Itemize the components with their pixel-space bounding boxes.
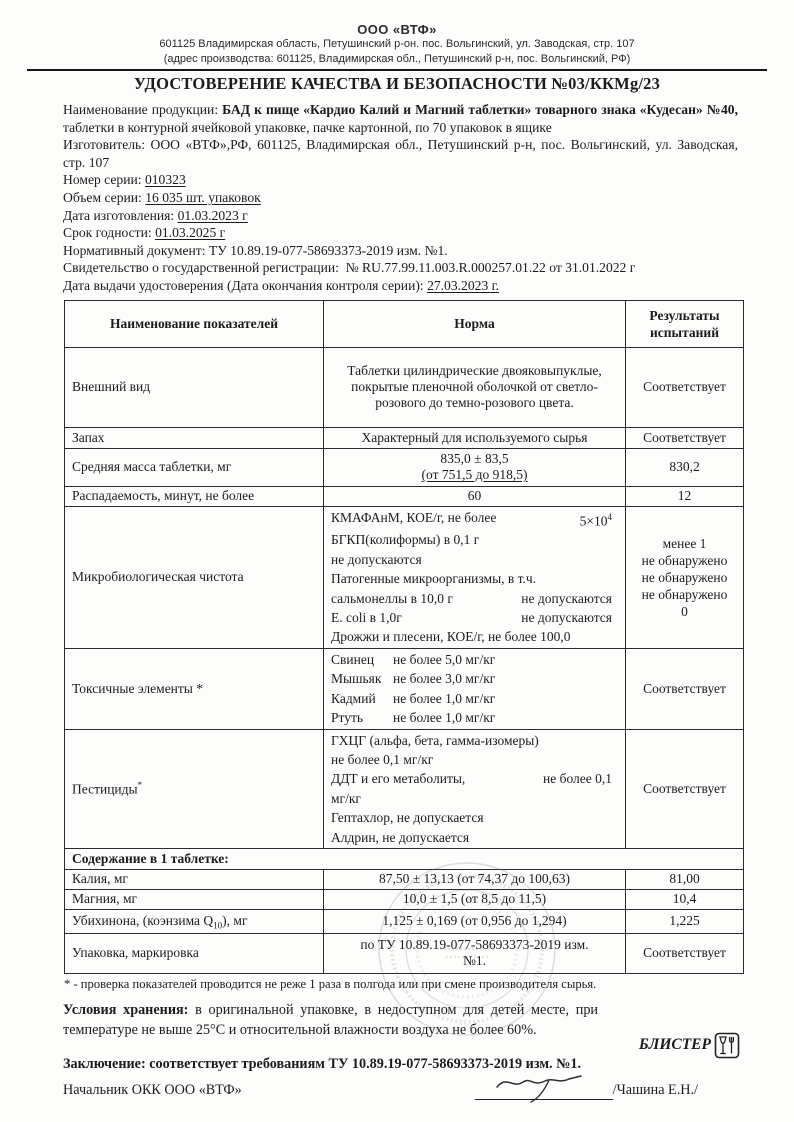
row-odor: Запах Характерный для используемого сырь… (65, 427, 744, 448)
signature-line (475, 1082, 613, 1100)
blister-label: БЛИСТЕР (639, 1035, 711, 1055)
company-name: ООО «ВТФ» (0, 22, 794, 37)
field-expiry-date: Срок годности: 01.03.2025 г (63, 224, 738, 242)
row-content-section-header: Содержание в 1 таблетке: (65, 848, 744, 869)
glass-fork-food-safe-icon (714, 1032, 740, 1059)
field-normative-document: Нормативный документ: ТУ 10.89.19-077-58… (63, 242, 738, 260)
signatory-name: /Чашина Е.Н./ (613, 1080, 698, 1100)
field-issue-date: Дата выдачи удостоверения (Дата окончани… (63, 277, 738, 295)
row-magnesium: Магния, мг 10,0 ± 1,5 (от 8,5 до 11,5) 1… (65, 889, 744, 909)
letterhead: ООО «ВТФ» 601125 Владимирская область, П… (0, 0, 794, 66)
row-ubiquinone: Убихинона, (коэнзима Q10), мг 1,125 ± 0,… (65, 909, 744, 933)
row-potassium: Калия, мг 87,50 ± 13,13 (от 74,37 до 100… (65, 869, 744, 889)
storage-conditions: Условия хранения: в оригинальной упаковк… (63, 1000, 598, 1040)
address-line-1: 601125 Владимирская область, Петушинский… (0, 37, 794, 52)
table-header-row: Наименование показателей Норма Результат… (65, 300, 744, 347)
signoff-row: Начальник ОКК ООО «ВТФ» /Чашина Е.Н./ (63, 1080, 738, 1100)
field-product-name: Наименование продукции: БАД к пище «Кард… (63, 101, 738, 136)
quality-certificate-document: ООО «ВТФ» 601125 Владимирская область, П… (0, 0, 794, 1122)
row-pesticides: Пестициды* ГХЦГ (альфа, бета, гамма-изом… (65, 729, 744, 848)
row-appearance: Внешний вид Таблетки цилиндрические двоя… (65, 347, 744, 427)
field-batch-volume: Объем серии: 16 035 шт. упаковок (63, 189, 738, 207)
document-title: УДОСТОВЕРЕНИЕ КАЧЕСТВА И БЕЗОПАСНОСТИ №0… (0, 74, 794, 94)
signatory-position: Начальник ОКК ООО «ВТФ» (63, 1080, 242, 1100)
certificate-info: Наименование продукции: БАД к пище «Кард… (63, 101, 738, 295)
field-state-registration: Свидетельство о государственной регистра… (63, 259, 738, 277)
row-microbiology: Микробиологическая чистота КМАФАнМ, КОЕ/… (65, 506, 744, 648)
col-header-result: Результаты испытаний (626, 300, 744, 347)
col-header-norm: Норма (324, 300, 626, 347)
specification-table: Наименование показателей Норма Результат… (64, 300, 744, 974)
address-line-2: (адрес производства: 601125, Владимирска… (0, 52, 794, 67)
conclusion: Заключение: соответствует требованиям ТУ… (63, 1054, 738, 1074)
col-header-indicator: Наименование показателей (65, 300, 324, 347)
field-batch-number: Номер серии: 010323 (63, 171, 738, 189)
row-average-mass: Средняя масса таблетки, мг 835,0 ± 83,5(… (65, 448, 744, 486)
row-toxic-elements: Токсичные элементы * Свинецне более 5,0 … (65, 648, 744, 729)
row-disintegration: Распадаемость, минут, не более 60 12 (65, 486, 744, 506)
letterhead-divider (27, 69, 767, 71)
footer-block: Условия хранения: в оригинальной упаковк… (63, 1000, 738, 1100)
field-manufacture-date: Дата изготовления: 01.03.2023 г (63, 207, 738, 225)
handwritten-signature (493, 1071, 585, 1105)
footnote: * - проверка показателей проводится не р… (64, 977, 738, 992)
field-manufacturer: Изготовитель: ООО «ВТФ»,РФ, 601125, Влад… (63, 136, 738, 171)
blister-note: БЛИСТЕР (639, 1032, 740, 1059)
row-packaging: Упаковка, маркировка по ТУ 10.89.19-077-… (65, 933, 744, 973)
